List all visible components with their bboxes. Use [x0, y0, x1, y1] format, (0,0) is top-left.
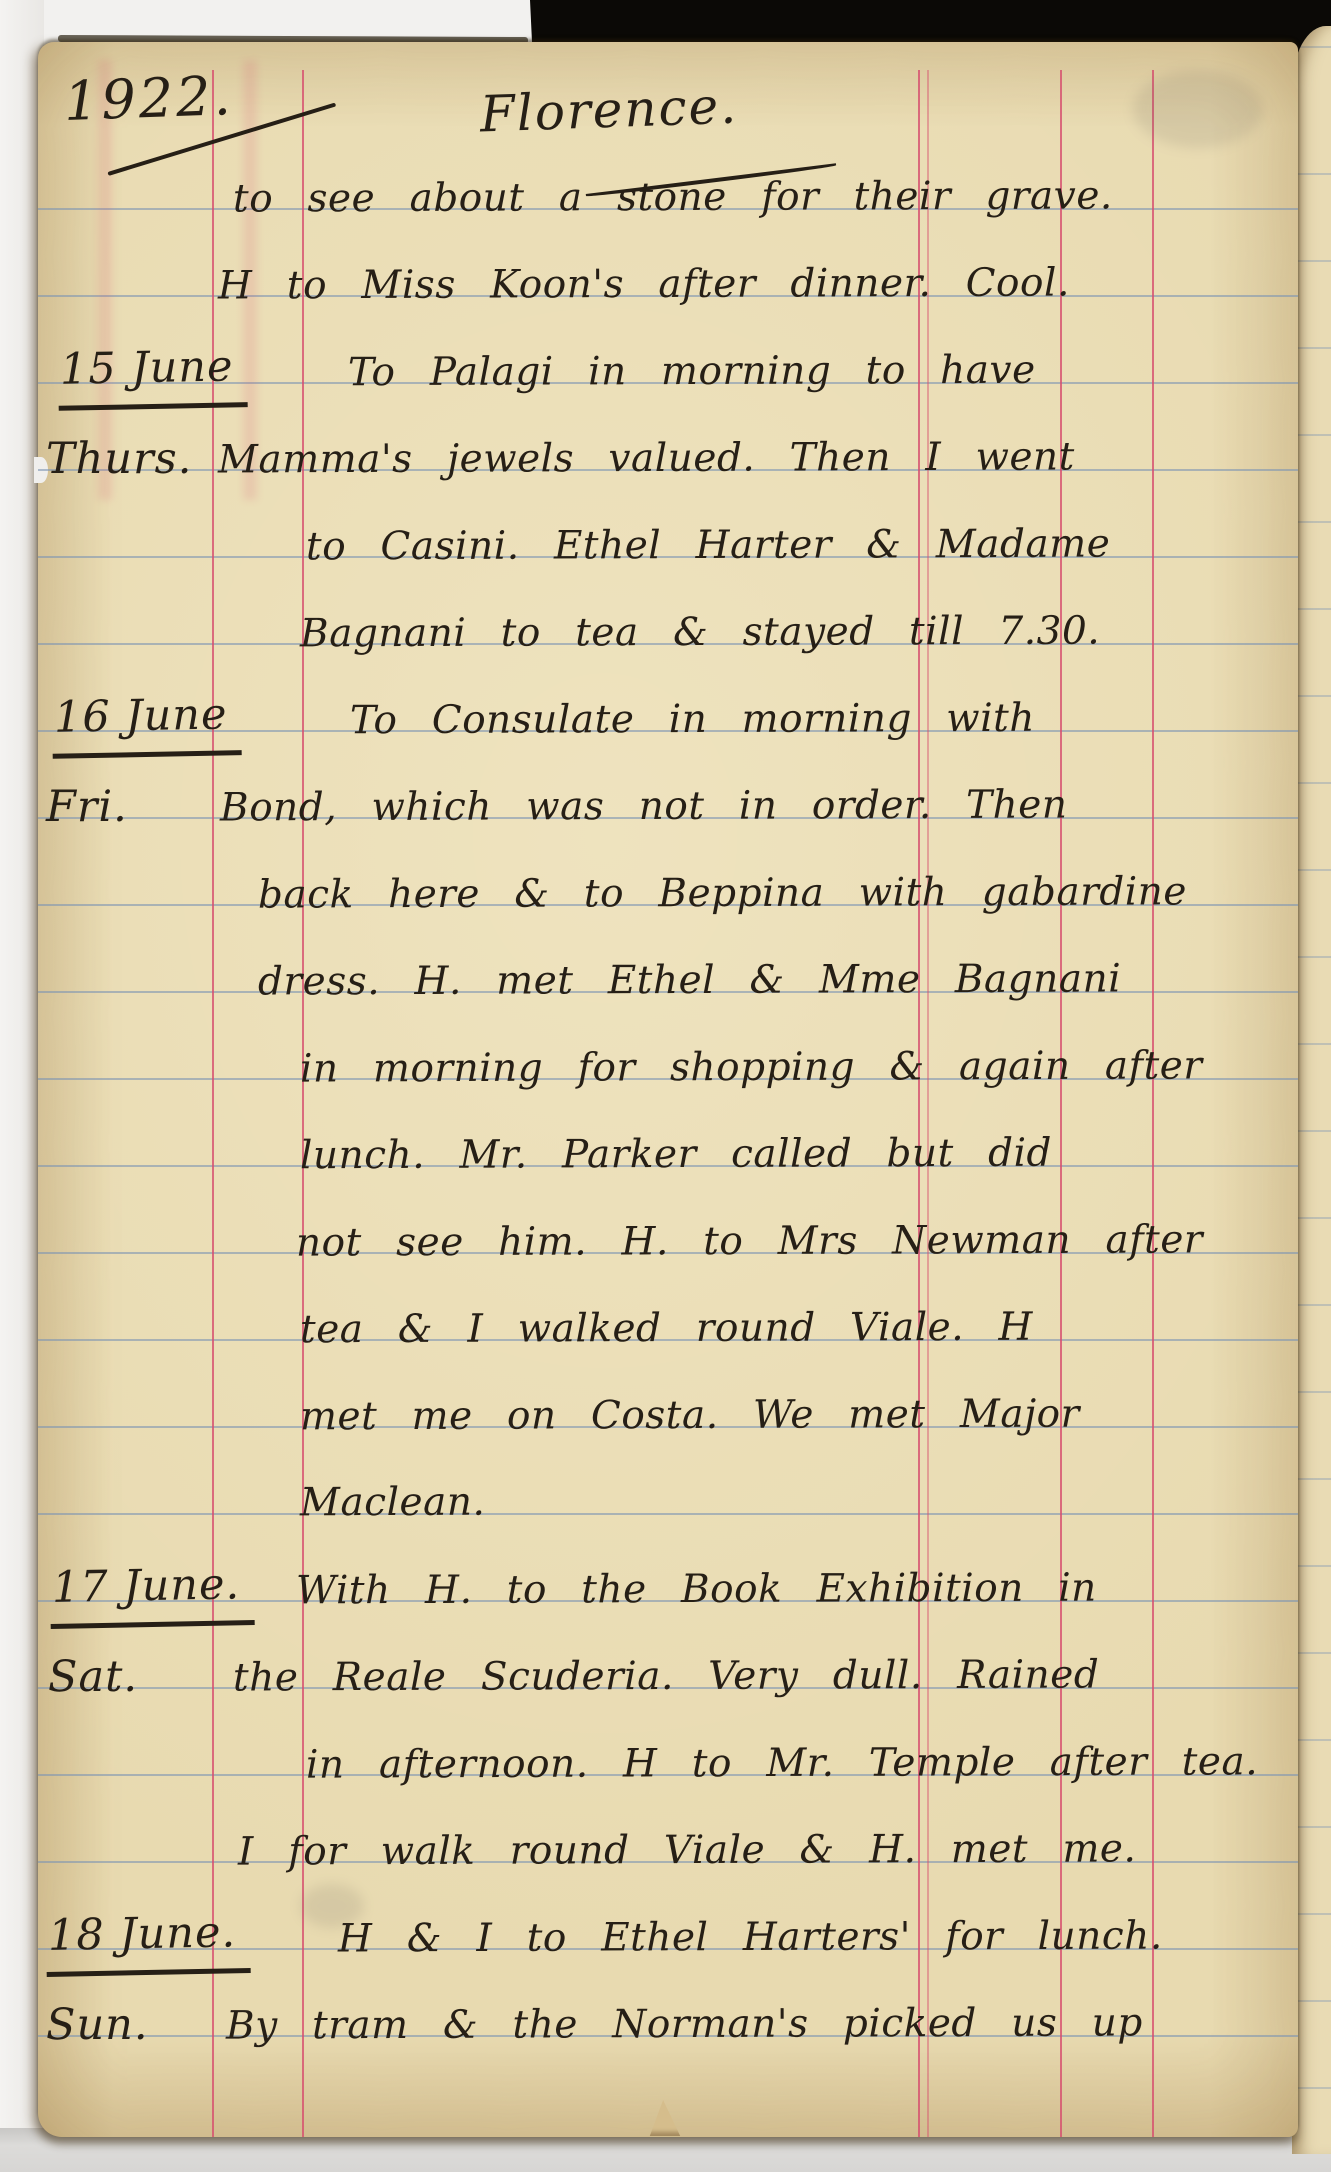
entry-text: Mamma's jewels valued. Then I went	[218, 418, 1075, 501]
entry-date-label: 17 June.	[49, 1548, 255, 1629]
entry-date-label: Sun.	[46, 1985, 149, 2065]
diary-entry-line: 15 June To Palagi in morning to have	[38, 332, 1298, 412]
diary-entry-line: H to Miss Koon's after dinner. Cool.	[38, 245, 1298, 325]
diary-entry-line: to Casini. Ethel Harter & Madame	[38, 506, 1298, 586]
entry-text: lunch. Mr. Parker called but did	[300, 1114, 1052, 1197]
diary-entry-line: 16 June To Consulate in morning with	[38, 680, 1298, 760]
diary-entry-line: Bagnani to tea & stayed till 7.30.	[38, 593, 1298, 673]
entry-text: dress. H. met Ethel & Mme Bagnani	[258, 939, 1121, 1022]
entry-text: to Casini. Ethel Harter & Madame	[306, 505, 1111, 588]
entry-date-label: Sat.	[48, 1637, 138, 1717]
entry-text: To Palagi in morning to have	[348, 331, 1036, 413]
entry-text: tea & I walked round Viale. H	[300, 1288, 1033, 1371]
ink-smudge	[300, 1884, 364, 1928]
entry-date-label: Fri.	[46, 767, 128, 847]
entry-text: H to Miss Koon's after dinner. Cool.	[218, 244, 1070, 327]
entry-text: in morning for shopping & again after	[300, 1026, 1203, 1109]
diary-entry-line: in morning for shopping & again after	[38, 1028, 1298, 1108]
diary-entry-line: 18 June. H & I to Ethel Harters' for lun…	[38, 1898, 1298, 1978]
year-heading: 1922.	[63, 61, 235, 137]
diary-entry-line: I for walk round Viale & H. met me.	[38, 1811, 1298, 1891]
diary-entry-line: 17 June. With H. to the Book Exhibition …	[38, 1550, 1298, 1630]
pencil-smudge	[1133, 70, 1263, 148]
diary-entry-line: Fri. Bond, which was not in order. Then	[38, 767, 1298, 847]
diary-entry-line: Sat. the Reale Scuderia. Very dull. Rain…	[38, 1637, 1298, 1717]
entry-text: met me on Costa. We met Major	[300, 1375, 1080, 1458]
entry-date-label: Thurs.	[46, 419, 192, 499]
entry-text: Maclean.	[300, 1463, 486, 1544]
diary-page: 1922. Florence. to see about a stone for…	[38, 42, 1298, 2137]
diary-entry-line: lunch. Mr. Parker called but did	[38, 1115, 1298, 1195]
entry-text: With H. to the Book Exhibition in	[296, 1549, 1097, 1632]
diary-entry-line: in afternoon. H to Mr. Temple after tea.	[38, 1724, 1298, 1804]
scanned-diary-spread: 1922. Florence. to see about a stone for…	[0, 0, 1331, 2172]
entry-text: H & I to Ethel Harters' for lunch.	[338, 1897, 1163, 1980]
entry-text: Bagnani to tea & stayed till 7.30.	[300, 592, 1100, 675]
entry-text: By tram & the Norman's picked us up	[226, 1983, 1143, 2066]
page-title: Florence.	[479, 74, 739, 147]
diary-entry-line: Maclean.	[38, 1463, 1298, 1543]
entry-text: not see him. H. to Mrs Newman after	[296, 1200, 1203, 1283]
paper-tear-bottom	[646, 2100, 684, 2136]
entry-date-label: 15 June	[57, 330, 248, 411]
diary-entry-line: Sun. By tram & the Norman's picked us up	[38, 1985, 1298, 2065]
entry-text: the Reale Scuderia. Very dull. Rained	[233, 1635, 1100, 1718]
entry-text: I for walk round Viale & H. met me.	[238, 1809, 1137, 1892]
entry-date-label: 16 June	[51, 678, 242, 759]
entry-text: To Consulate in morning with	[350, 679, 1035, 761]
diary-entry-line: to see about a stone for their grave.	[38, 158, 1298, 238]
diary-entry-line: not see him. H. to Mrs Newman after	[38, 1202, 1298, 1282]
entry-text: Bond, which was not in order. Then	[220, 766, 1068, 849]
diary-entry-line: back here & to Beppina with gabardine	[38, 854, 1298, 934]
entry-text: back here & to Beppina with gabardine	[258, 852, 1187, 935]
entry-date-label: 18 June.	[45, 1896, 251, 1977]
diary-entry-line: Thurs. Mamma's jewels valued. Then I wen…	[38, 419, 1298, 499]
diary-entry-line: tea & I walked round Viale. H	[38, 1289, 1298, 1369]
entry-text: to see about a stone for their grave.	[233, 156, 1113, 239]
diary-entry-line: dress. H. met Ethel & Mme Bagnani	[38, 941, 1298, 1021]
diary-entry-line: met me on Costa. We met Major	[38, 1376, 1298, 1456]
entry-text: in afternoon. H to Mr. Temple after tea.	[306, 1722, 1258, 1805]
